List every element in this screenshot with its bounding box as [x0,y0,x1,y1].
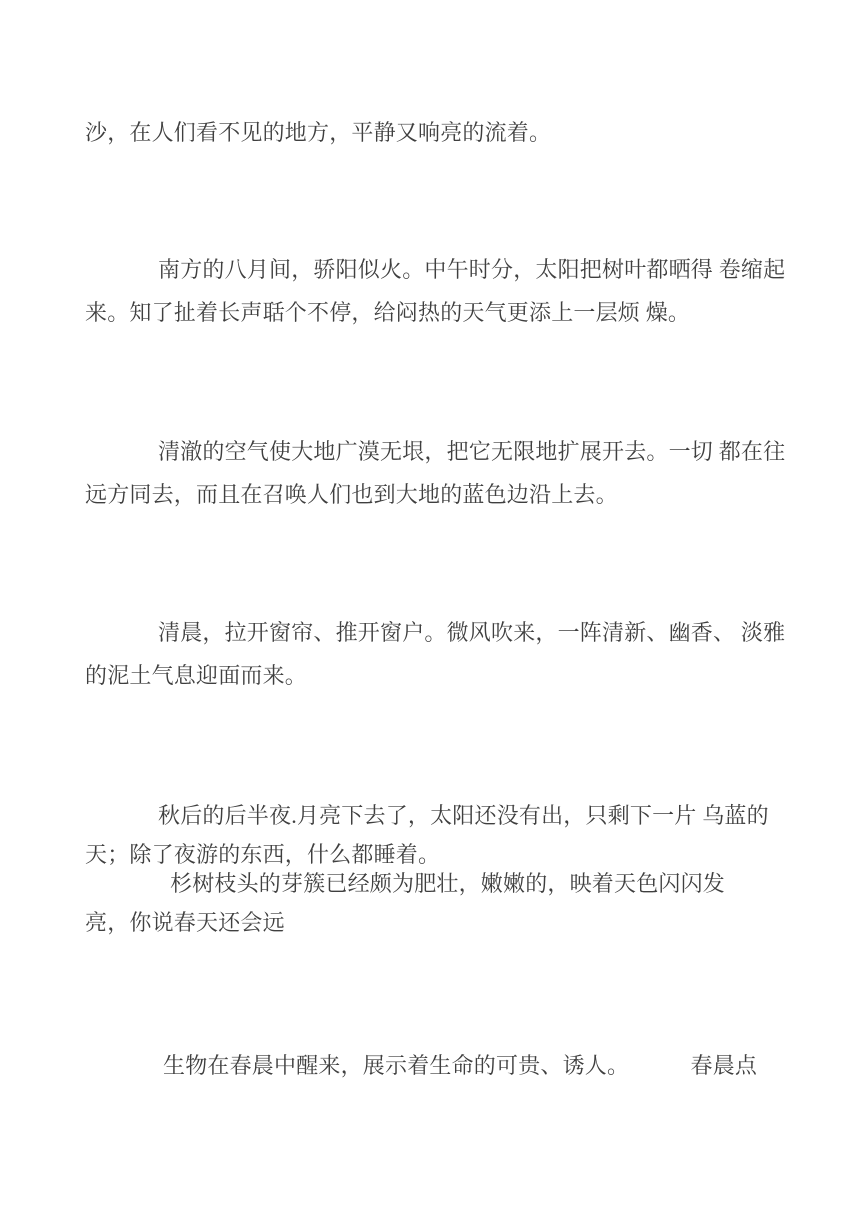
text-line: 生物在春晨中醒来，展示着生命的可贵、诱人。 春晨点 [163,1053,757,1079]
text-line: 的泥土气息迎面而来。 [85,663,307,689]
text-line: 清澈的空气使大地广漠无垠，把它无限地扩展开去。一切 都在往 [158,439,785,465]
text-line: 秋后的后半夜.月亮下去了，太阳还没有出，只剩下一片 乌蓝的 [158,803,769,829]
text-line: 亮，你说春天还会远 [85,910,285,936]
text-line: 清晨，拉开窗帘、推开窗户。微风吹来，一阵清新、幽香、 淡雅 [158,620,785,646]
text-line: 远方同去，而且在召唤人们也到大地的蓝色边沿上去。 [85,482,618,508]
text-line: 南方的八月间，骄阳似火。中午时分，太阳把树叶都晒得 卷缩起 [158,257,785,283]
text-line: 来。知了扯着长声聒个不停，给闷热的天气更添上一层烦 燥。 [85,300,690,326]
text-line: 杉树枝头的芽簇已经颇为肥壮，嫩嫩的，映着天色闪闪发 [170,871,725,897]
text-line: 沙，在人们看不见的地方，平静又响亮的流着。 [85,120,551,146]
document-page: 沙，在人们看不见的地方，平静又响亮的流着。 南方的八月间，骄阳似火。中午时分，太… [0,0,862,1219]
text-line: 天；除了夜游的东西，什么都睡着。 [85,842,440,868]
